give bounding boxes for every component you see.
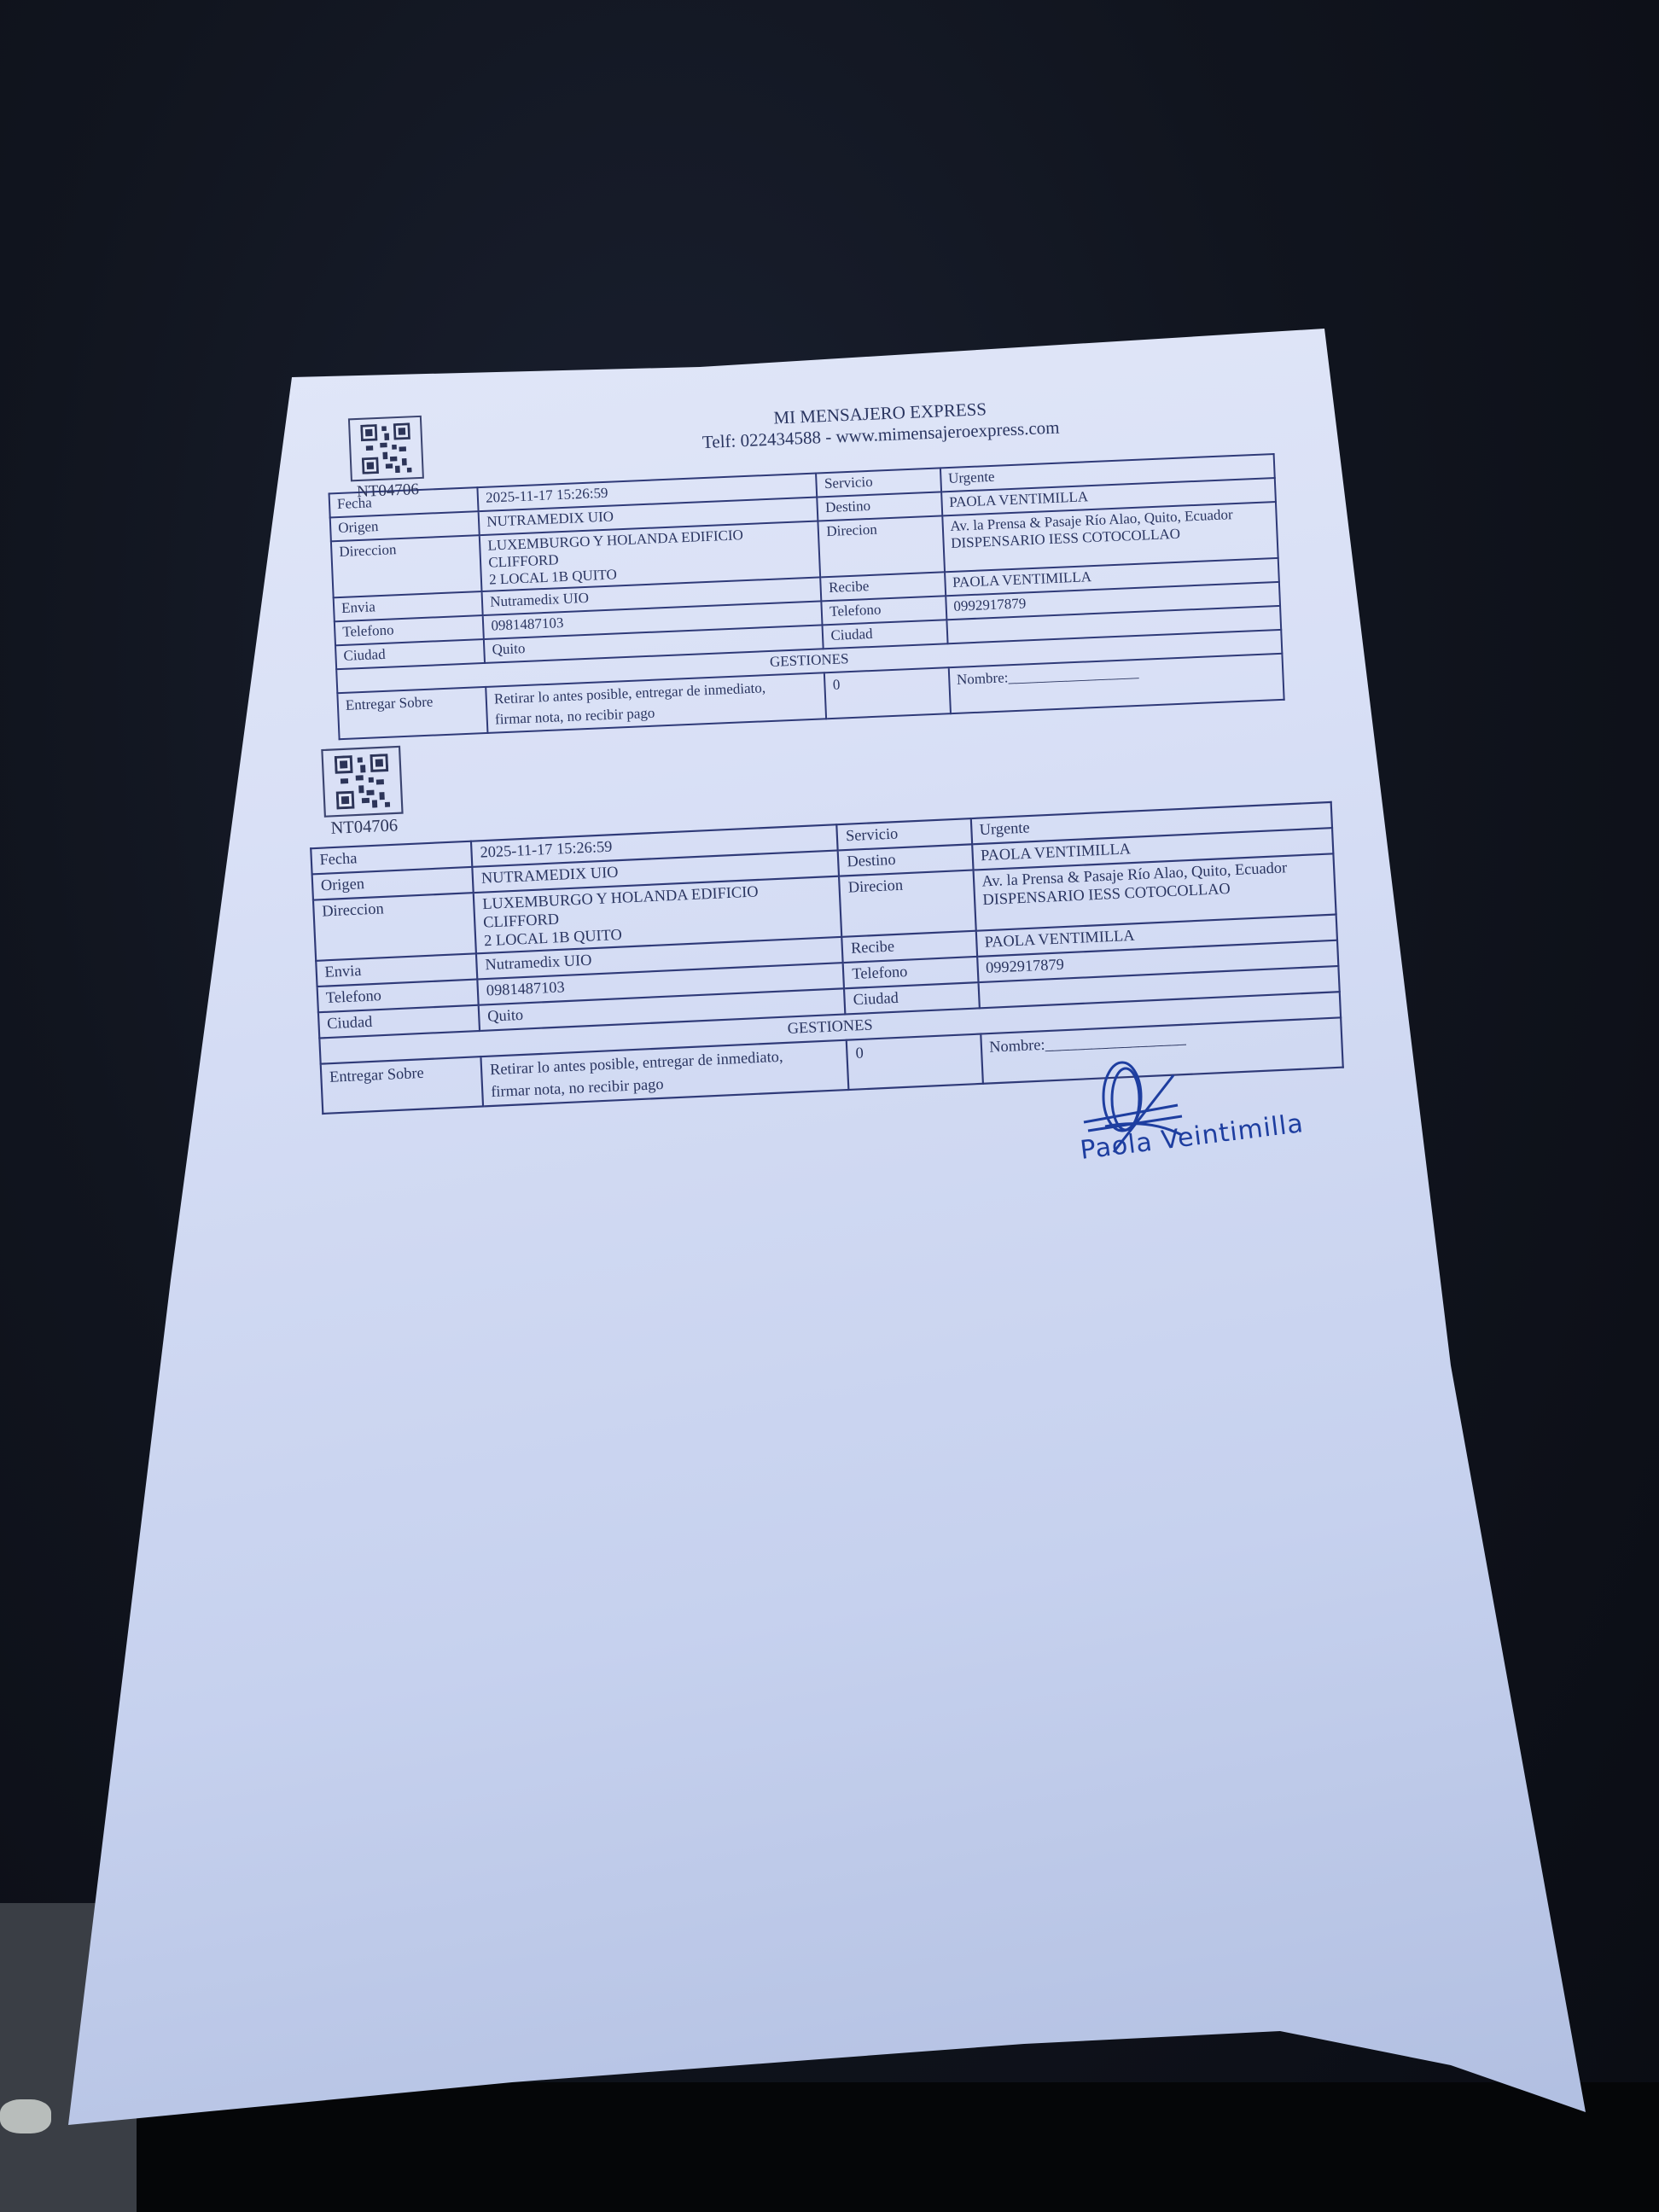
tracking-number: NT04706 bbox=[345, 480, 431, 502]
tracking-number: NT04706 bbox=[317, 815, 410, 840]
gestiones-amount: 0 bbox=[847, 1034, 982, 1090]
delivery-note-copy-1: NT04706 MI MENSAJERO EXPRESS Telf: 02243… bbox=[316, 358, 1353, 741]
direcion-label: Direcion bbox=[818, 515, 945, 577]
qr-block: NT04706 bbox=[342, 416, 431, 503]
qr-block: NT04706 bbox=[315, 745, 411, 840]
direcion-label: Direcion bbox=[839, 870, 975, 937]
nombre-label: Nombre: bbox=[957, 669, 1009, 688]
shipment-table: Fecha 2025-11-17 15:26:59 Servicio Urgen… bbox=[329, 453, 1285, 740]
qr-code-icon bbox=[321, 746, 403, 818]
floor-spot bbox=[0, 2099, 51, 2133]
delivery-note-copy-2: NT04706 Fecha 2025-11-17 15:26:59 Servic… bbox=[296, 701, 1417, 1115]
delivery-note: NT04706 MI MENSAJERO EXPRESS Telf: 02243… bbox=[316, 358, 1368, 1096]
gestiones-amount: 0 bbox=[824, 667, 950, 719]
shadow-region bbox=[137, 2082, 1659, 2212]
direccion-label: Direccion bbox=[331, 535, 482, 597]
paper-sheet: NT04706 MI MENSAJERO EXPRESS Telf: 02243… bbox=[0, 0, 1659, 2212]
gestiones-task: Entregar Sobre bbox=[337, 687, 487, 739]
direccion-label: Direccion bbox=[313, 893, 476, 961]
nombre-label: Nombre: bbox=[989, 1036, 1045, 1056]
gestiones-task: Entregar Sobre bbox=[321, 1057, 484, 1114]
qr-code-icon bbox=[348, 416, 424, 482]
